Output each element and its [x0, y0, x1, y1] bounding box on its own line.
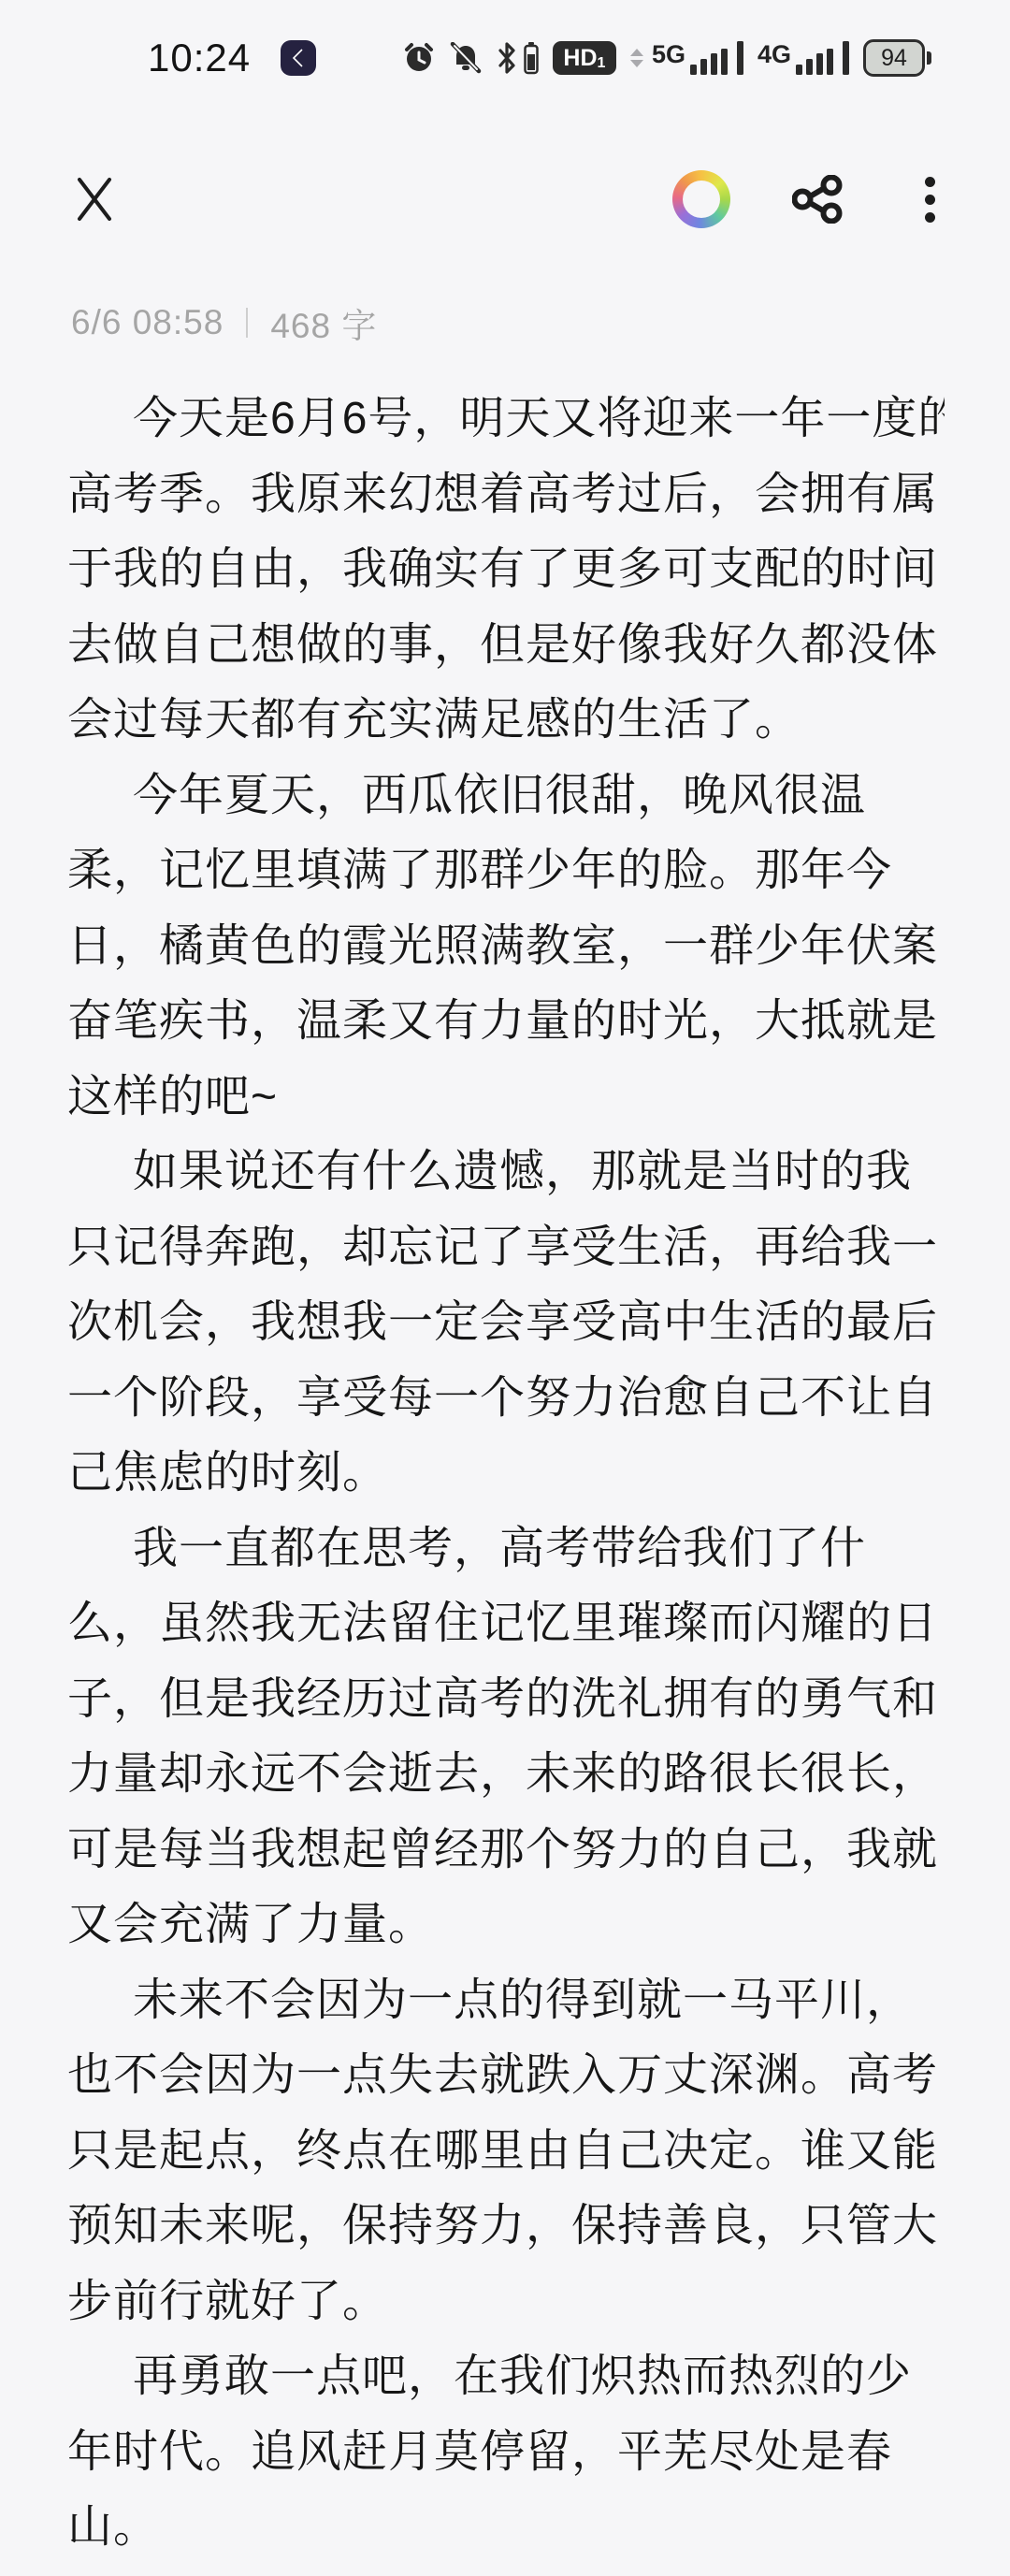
- note-datetime: 6/6 08:58: [71, 303, 224, 342]
- close-icon: [71, 176, 118, 223]
- share-button[interactable]: [792, 175, 843, 224]
- overflow-menu-button[interactable]: [921, 173, 939, 226]
- meta-divider: [246, 308, 248, 338]
- chevron-left-icon: [287, 47, 310, 69]
- text-line: 可是每当我想起曾经那个努力的自己，我就: [67, 1813, 945, 1889]
- bluetooth-icon: [497, 41, 517, 75]
- paragraph: 今年夏天，西瓜依旧很甜，晚风很温柔，记忆里填满了那群少年的脸。那年今日，橘黄色的…: [67, 759, 945, 1136]
- text-line: 我一直都在思考，高考带给我们了什: [67, 1512, 945, 1587]
- text-line: 会过每天都有充实满足感的生活了。: [67, 683, 945, 759]
- menu-dot: [925, 195, 935, 205]
- text-line: 年时代。追风赶月莫停留，平芜尽处是春: [67, 2415, 945, 2491]
- text-line: 也不会因为一点失去就跌入万丈深渊。高考: [67, 2038, 945, 2114]
- paragraph: 未来不会因为一点的得到就一马平川，也不会因为一点失去就跌入万丈深渊。高考只是起点…: [67, 1963, 945, 2340]
- signal-4g-icon: 4G: [757, 41, 849, 75]
- text-line: 只记得奔跑，却忘记了享受生活，再给我一: [67, 1210, 945, 1286]
- close-button[interactable]: [71, 176, 118, 223]
- signal-5g-icon: 5G: [652, 41, 743, 75]
- text-line: 步前行就好了。: [67, 2265, 945, 2340]
- battery-indicator: 94: [863, 39, 931, 77]
- paragraph: 再勇敢一点吧，在我们炽热而热烈的少年时代。追风赶月莫停留，平芜尽处是春山。: [67, 2339, 945, 2566]
- text-line: 己焦虑的时刻。: [67, 1436, 945, 1512]
- paragraph: 我一直都在思考，高考带给我们了什么，虽然我无法留住记忆里璀璨而闪耀的日子，但是我…: [67, 1512, 945, 1963]
- text-line: 子，但是我经历过高考的洗礼拥有的勇气和: [67, 1662, 945, 1738]
- text-line: 未来不会因为一点的得到就一马平川，: [67, 1963, 945, 2039]
- text-line: 如果说还有什么遗憾，那就是当时的我: [67, 1135, 945, 1210]
- text-line: 这样的吧~: [67, 1060, 945, 1136]
- text-line: 只是起点，终点在哪里由自己决定。谁又能: [67, 2114, 945, 2190]
- paragraph: 今天是6月6号，明天又将迎来一年一度的高考季。我原来幻想着高考过后，会拥有属于我…: [67, 382, 945, 759]
- share-icon: [792, 175, 843, 224]
- network-5g-label: 5G: [652, 42, 685, 67]
- ai-assistant-button[interactable]: [672, 170, 730, 228]
- battery-percent: 94: [881, 45, 907, 72]
- hd-badge-sub: 1: [598, 55, 606, 72]
- note-body[interactable]: 今天是6月6号，明天又将迎来一年一度的高考季。我原来幻想着高考过后，会拥有属于我…: [67, 382, 945, 2576]
- status-bar: 10:24: [0, 32, 1010, 84]
- alarm-clock-icon: [403, 42, 435, 74]
- text-line: 今年夏天，西瓜依旧很甜，晚风很温: [67, 759, 945, 834]
- text-line: 今天是6月6号，明天又将迎来一年一度的: [67, 382, 945, 457]
- bluetooth-battery-icon: [524, 41, 539, 75]
- text-line: 于我的自由，我确实有了更多可支配的时间: [67, 532, 945, 608]
- status-icons: HD1 5G 4G 94: [403, 39, 931, 77]
- hd-badge-label: HD: [563, 45, 597, 72]
- text-line: 一个阶段，享受每一个努力治愈自己不让自: [67, 1361, 945, 1437]
- status-time: 10:24: [148, 36, 251, 80]
- text-line: 力量却永远不会逝去，未来的路很长很长，: [67, 1737, 945, 1813]
- text-line: 日，橘黄色的霞光照满教室，一群少年伏案: [67, 909, 945, 985]
- hd-volte-badge: HD1: [553, 41, 616, 75]
- text-line: 奋笔疾书，温柔又有力量的时光，大抵就是: [67, 984, 945, 1060]
- network-4g-label: 4G: [757, 42, 791, 67]
- paragraph: 如果说还有什么遗憾，那就是当时的我只记得奔跑，却忘记了享受生活，再给我一次机会，…: [67, 1135, 945, 1512]
- text-line: 再勇敢一点吧，在我们炽热而热烈的少: [67, 2339, 945, 2415]
- menu-dot: [925, 212, 935, 223]
- text-line: 去做自己想做的事，但是好像我好久都没体: [67, 608, 945, 684]
- text-line: 山。: [67, 2490, 945, 2566]
- data-activity-arrows-icon: [630, 49, 643, 67]
- notification-muted-icon: [449, 42, 483, 74]
- note-meta: 6/6 08:58 468 字: [71, 297, 377, 348]
- text-line: 高考季。我原来幻想着高考过后，会拥有属: [67, 457, 945, 533]
- text-line: 么，虽然我无法留住记忆里璀璨而闪耀的日: [67, 1586, 945, 1662]
- app-bar: [0, 157, 1010, 241]
- text-line: 预知未来呢，保持努力，保持善良，只管大: [67, 2189, 945, 2265]
- text-line: 柔，记忆里填满了那群少年的脸。那年今: [67, 833, 945, 909]
- note-word-count: 468 字: [270, 297, 377, 348]
- notification-app-badge: [281, 40, 316, 76]
- text-line: 次机会，我想我一定会享受高中生活的最后: [67, 1285, 945, 1361]
- text-line: 又会充满了力量。: [67, 1888, 945, 1963]
- menu-dot: [925, 177, 935, 187]
